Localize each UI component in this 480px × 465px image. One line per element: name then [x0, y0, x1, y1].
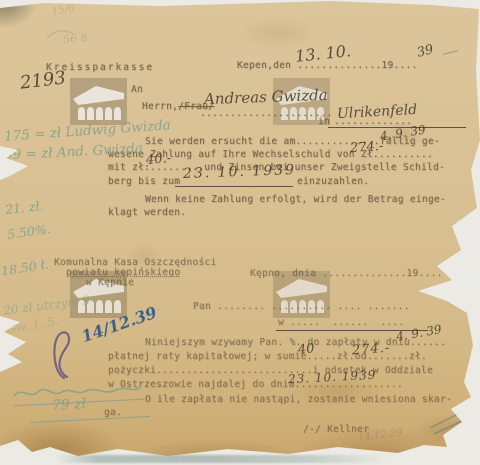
scanner-bed-smudge — [55, 455, 405, 463]
polish-place-date-line: Kępno, dnia ..............19.... — [250, 268, 443, 279]
archive-building-watermark-icon — [70, 78, 127, 125]
polish-body-line: pożyczki..........................i odse… — [108, 365, 433, 376]
pen-dash — [443, 50, 458, 55]
handwritten-installment-amount: 40.- — [145, 151, 171, 168]
archive-watermark — [70, 78, 127, 125]
green-margin-note: 18.50 ł. — [0, 256, 50, 278]
salutation-herrn: Herrn, — [142, 101, 178, 112]
polish-pan-line: Pan ........ .......... .... ....... — [193, 301, 410, 312]
recipient-name-dots: ...................... — [200, 108, 332, 119]
green-total-amount: 79 zł — [52, 396, 87, 414]
german-in-label: in — [318, 116, 330, 127]
document-paper: Kreissparkasse Kepen,den ..............1… — [0, 0, 480, 465]
handwritten-year: 39 — [415, 42, 435, 61]
teal-corner-marks — [428, 408, 468, 438]
polish-body-line: O ile zapłata nie nastąpi, zostanie wnie… — [145, 394, 452, 405]
polish-sender-line3: w Kępnie — [86, 277, 134, 288]
german-body-line: Wenn keine Zahlung erfolgt, wird der Bet… — [145, 194, 446, 205]
green-margin-note: 5.50%. — [6, 221, 51, 242]
pencil-note-top2: 56 8 — [62, 31, 88, 46]
green-margin-note: 99 = zł And. Gwizda — [4, 140, 144, 163]
german-body-line: klagt werden. — [108, 207, 186, 218]
handwritten-reg-number: 2193 — [19, 67, 67, 93]
german-body-line: einzuzahlen. — [297, 176, 369, 187]
handwritten-debt-amount: 274.- — [350, 139, 384, 156]
polish-body-line: ga. — [104, 407, 122, 418]
german-body-line: berg bis zum — [108, 176, 180, 187]
pen-flourish-mark — [48, 328, 78, 382]
handwritten-installment-pl: 40 — [297, 341, 315, 358]
scanned-document: Kreissparkasse Kepen,den ..............1… — [0, 0, 480, 465]
handwritten-deadline: 23. 10. 1939 — [183, 162, 297, 182]
polish-w-line: w ..... ...... .... — [278, 317, 404, 328]
green-underline — [30, 416, 150, 423]
pencil-note-top: 15/6 — [51, 3, 75, 18]
handwritten-debt-pl: 274.- — [352, 341, 391, 359]
green-margin-note: 21. zł. — [4, 198, 44, 217]
deadline-underline — [175, 186, 293, 187]
german-an-label: An — [131, 84, 143, 95]
